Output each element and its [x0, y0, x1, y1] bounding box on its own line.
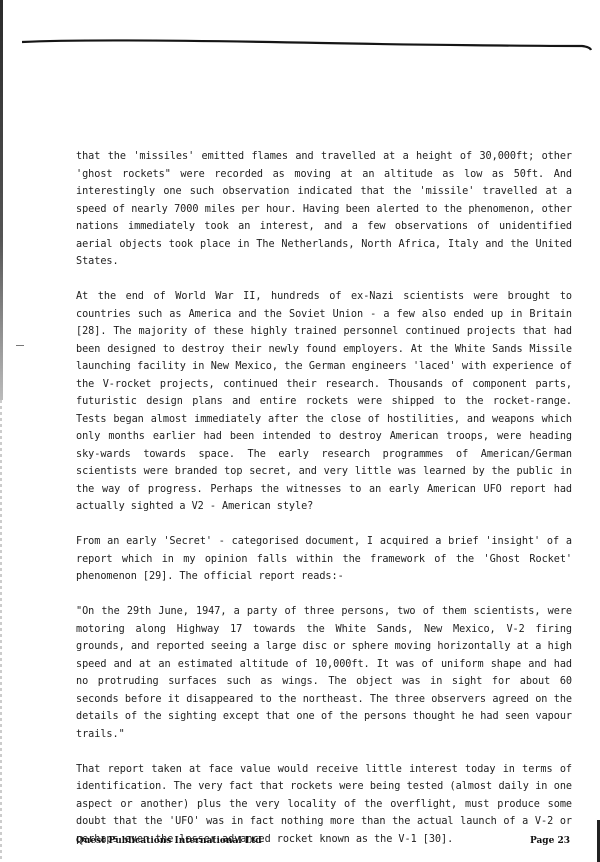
margin-tick-mark [16, 345, 24, 346]
paragraph-ghost-rockets: that the 'missiles' emitted flames and t… [76, 148, 572, 271]
page-number: Page 23 [530, 836, 570, 846]
paragraph-official-report-quote: "On the 29th June, 1947, a party of thre… [76, 603, 572, 743]
scan-left-edge [0, 0, 3, 400]
header-rule [22, 38, 592, 52]
paragraph-secret-document: From an early 'Secret' - categorised doc… [76, 533, 572, 586]
page-body: that the 'missiles' emitted flames and t… [76, 148, 572, 848]
scan-left-edge-faint [0, 400, 2, 862]
publisher-name: Quest Publications International Ltd [76, 836, 262, 846]
paragraph-nazi-scientists: At the end of World War II, hundreds of … [76, 288, 572, 516]
paragraph-report-analysis: That report taken at face value would re… [76, 761, 572, 849]
page-footer: Quest Publications International Ltd Pag… [76, 836, 570, 846]
